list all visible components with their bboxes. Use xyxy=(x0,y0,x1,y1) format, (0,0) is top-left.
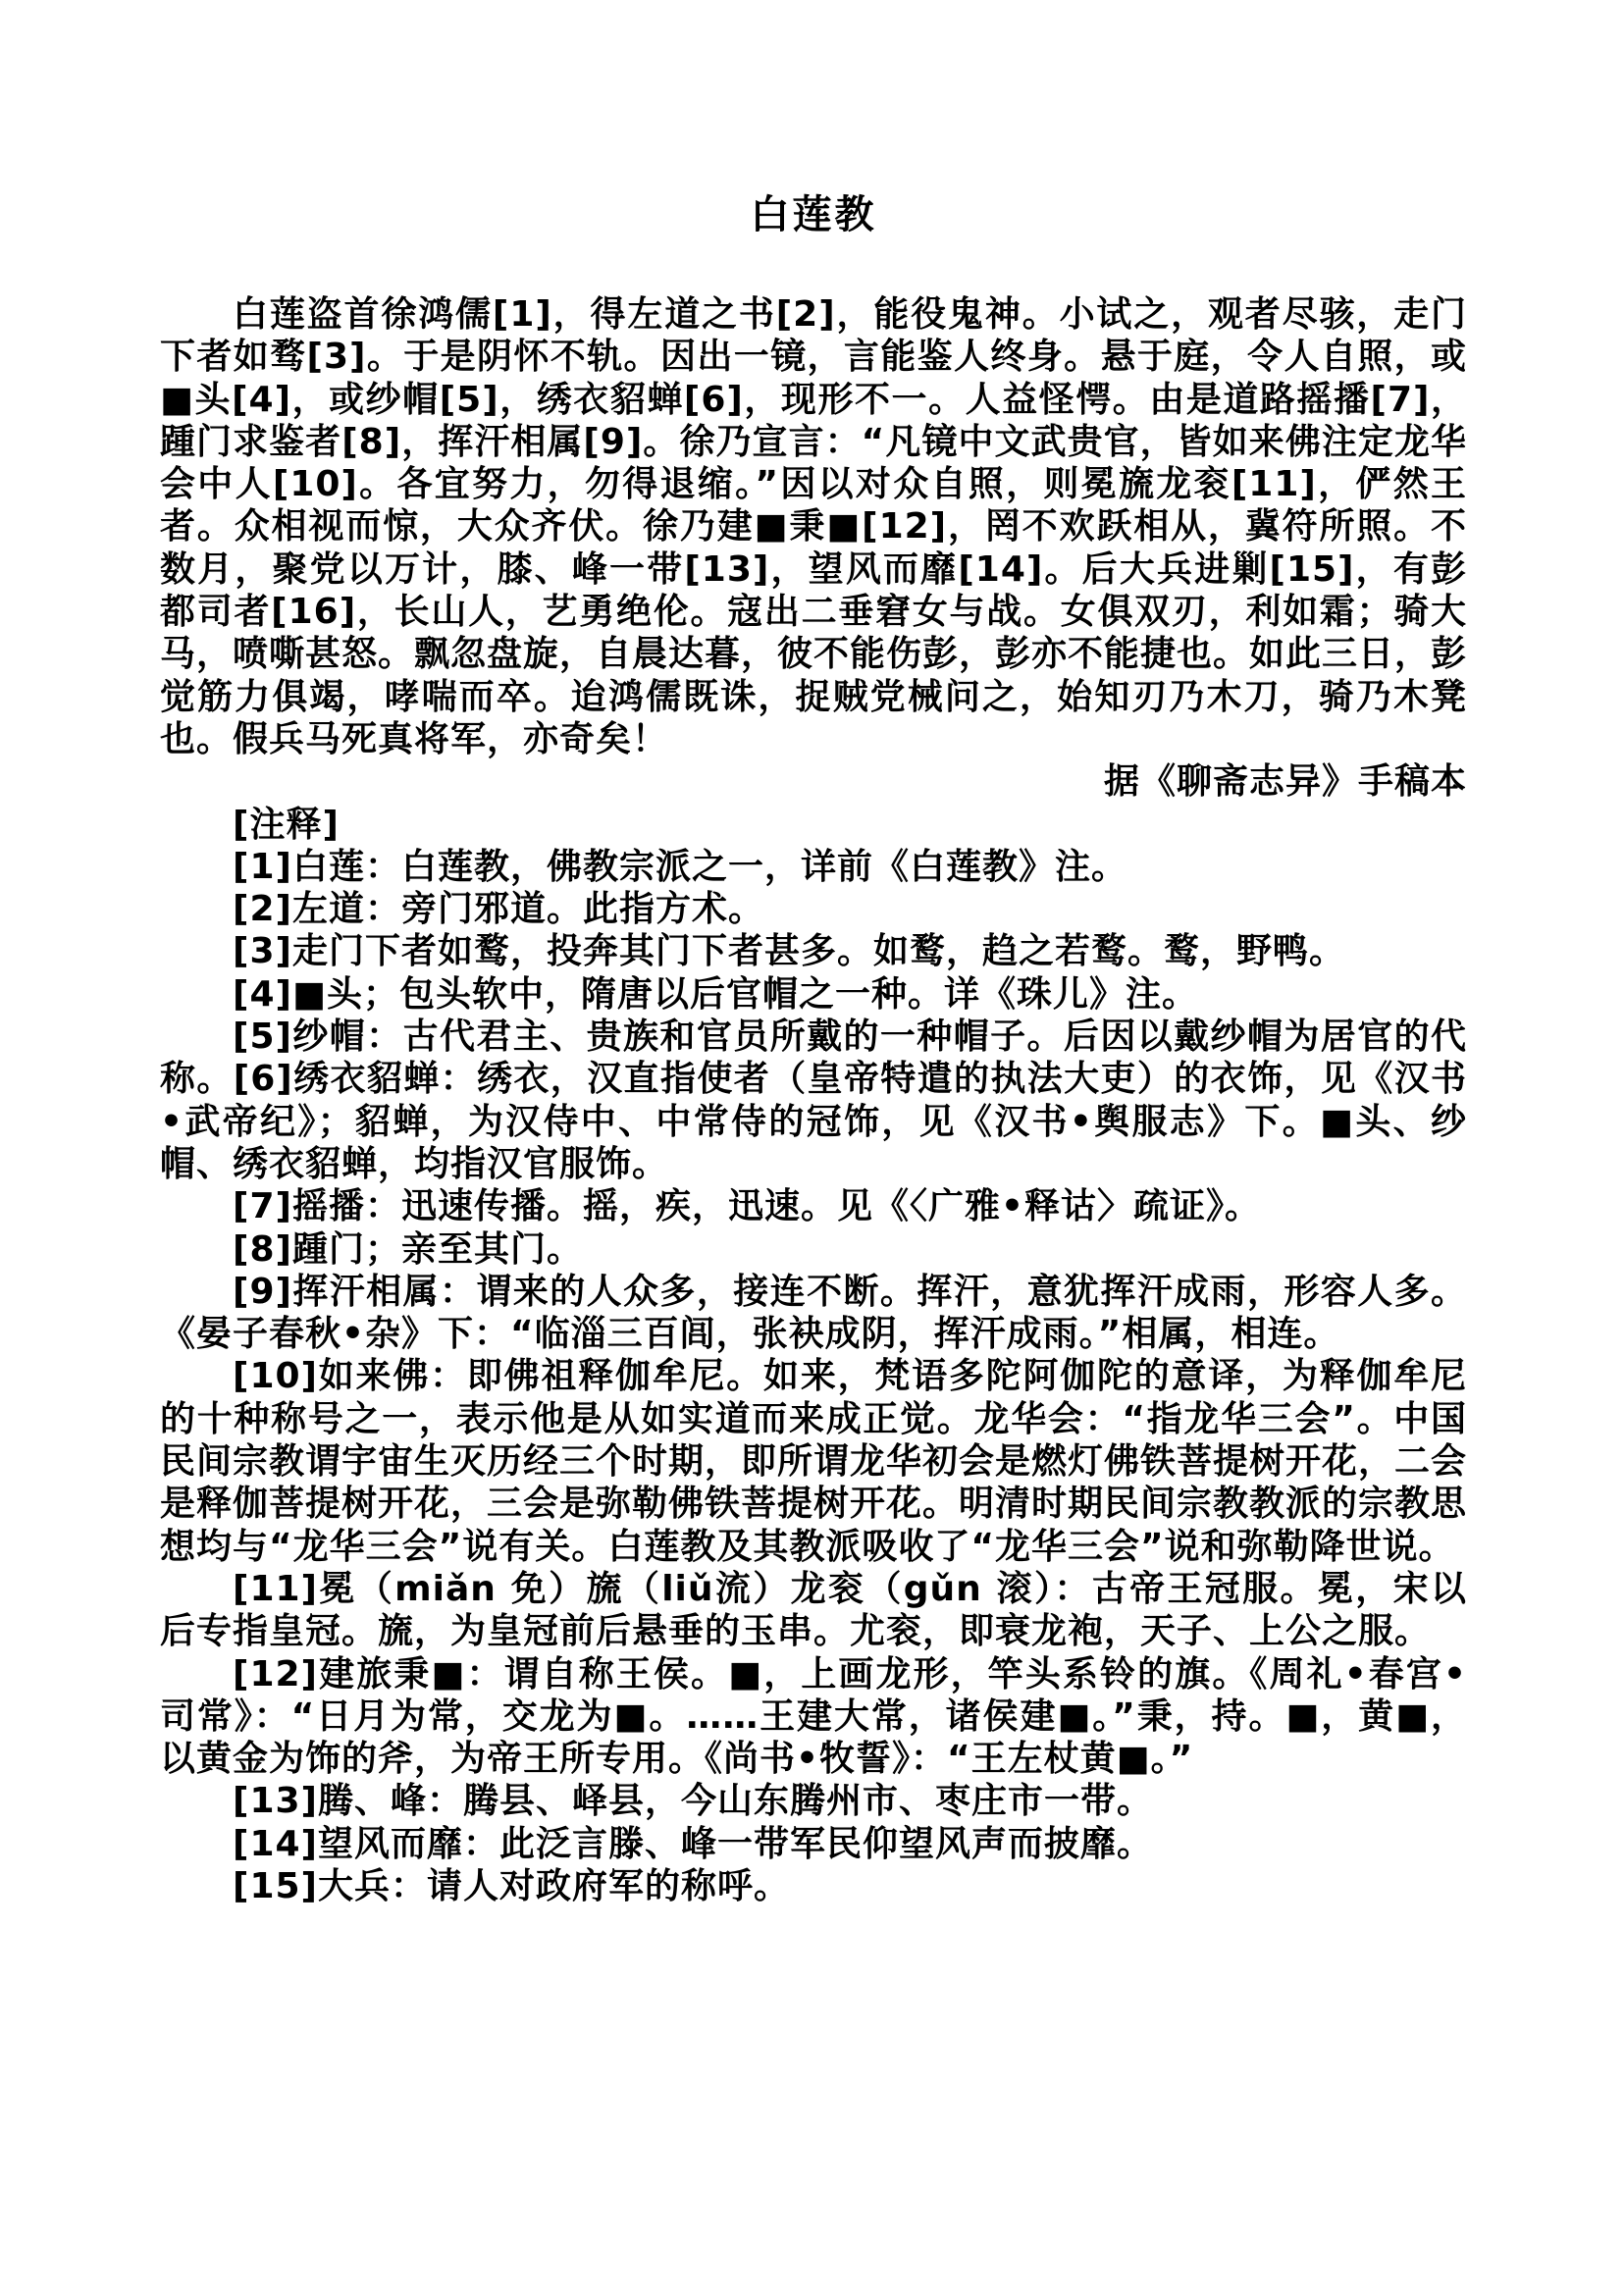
note-item-2: [2]左道：旁门邪道。此指方术。 xyxy=(160,888,1467,930)
note-item-3: [3]走门下者如鹜，投奔其门下者甚多。如鹜，趋之若鹜。鹜，野鸭。 xyxy=(160,930,1467,972)
notes-section: [注释] [1]白莲：白莲教，佛教宗派之一，详前《白莲教》注。 [2]左道：旁门… xyxy=(160,804,1467,1908)
note-item-4: [4]■头；包头软中，隋唐以后官帽之一种。详《珠儿》注。 xyxy=(160,973,1467,1016)
note-item-5-6: [5]纱帽：古代君主、贵族和官员所戴的一种帽子。后因以戴纱帽为居官的代称。[6]… xyxy=(160,1016,1467,1185)
note-item-12: [12]建旅秉■：谓自称王侯。■，上画龙形，竿头系铃的旗。《周礼•春宫•司常》：… xyxy=(160,1653,1467,1781)
attribution-line: 据《聊斋志异》手稿本 xyxy=(160,760,1467,803)
note-item-13: [13]腾、峰：腾县、峄县，今山东腾州市、枣庄市一带。 xyxy=(160,1780,1467,1822)
note-item-14: [14]望风而靡：此泛言滕、峰一带军民仰望风声而披靡。 xyxy=(160,1823,1467,1865)
document-page: 白莲教 白莲盗首徐鸿儒[1]，得左道之书[2]，能役鬼神。小试之，观者尽骇，走门… xyxy=(0,0,1624,2294)
note-item-9: [9]挥汗相属：谓来的人众多，接连不断。挥汗，意犹挥汗成雨，形容人多。《晏子春秋… xyxy=(160,1271,1467,1356)
note-item-15: [15]大兵：请人对政府军的称呼。 xyxy=(160,1865,1467,1907)
note-item-8: [8]踵门；亲至其门。 xyxy=(160,1228,1467,1271)
notes-header: [注释] xyxy=(160,804,1467,846)
page-title: 白莲教 xyxy=(160,192,1467,237)
note-item-10: [10]如来佛：即佛祖释伽牟尼。如来，梵语多陀阿伽陀的意译，为释伽牟尼的十种称号… xyxy=(160,1355,1467,1567)
note-item-1: [1]白莲：白莲教，佛教宗派之一，详前《白莲教》注。 xyxy=(160,846,1467,888)
note-item-7: [7]摇播：迅速传播。摇，疾，迅速。见《〈广雅•释诂〉疏证》。 xyxy=(160,1185,1467,1227)
note-item-11: [11]冕（miǎn 免）旒（liǔ流）龙衮（gǔn 滚）：古帝王冠服。冕，宋以… xyxy=(160,1568,1467,1653)
main-paragraph: 白莲盗首徐鸿儒[1]，得左道之书[2]，能役鬼神。小试之，观者尽骇，走门下者如骛… xyxy=(160,293,1467,760)
